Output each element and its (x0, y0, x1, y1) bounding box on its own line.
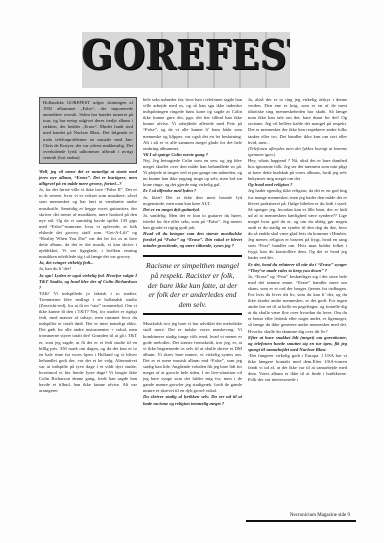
answer: Ja, altså der er to ting jeg virkelig af… (248, 97, 347, 146)
question: Efter at have snakket lidt (meget) om go… (248, 335, 347, 353)
question: Hvad vil du betegne som den største musi… (143, 231, 242, 249)
intro-box: Hollandske GOREFEST udgav slutningen af … (39, 97, 137, 164)
column-1: Hollandske GOREFEST udgav slutningen af … (39, 97, 137, 394)
question: Ja sgu! Lyden er også virkelig fed. Hvor… (39, 273, 137, 291)
answer: -Det fungerer virkelig godt i Europa. I … (248, 353, 347, 383)
answer: Jeg hader egentlig ikke religion, da det… (248, 188, 347, 261)
answer: Ja, sandelig. Men det er kun to guitarer… (143, 213, 242, 231)
answer: Hey, whats happend ? Nå, altså det er ba… (248, 158, 347, 182)
band-logo: GOREFEST (82, 32, 290, 88)
answer: Ja, klart! Det er ikke den mest brutale … (143, 195, 242, 207)
magazine-page: GOREFEST Hollandske GOREFEST udgav slutn… (0, 0, 384, 543)
answer: Ja, for det første ville vi ikke lave “F… (39, 187, 137, 260)
page-footer: Necronicium Magazine side 9 (246, 520, 356, 522)
footer-text: Necronicium Magazine side 9 (246, 513, 356, 518)
question: Er det, hvad du relaterer til når du i “… (248, 262, 347, 274)
question: Well, jeg vil mene det er naturligt at s… (39, 169, 137, 187)
answer: hele seks måneder før, hvor han i telefo… (143, 97, 242, 152)
answer: Nej. Jeg betragtede Colin som en ven, og… (143, 158, 242, 188)
editor-note: (Telefonen afbrydes men det lykkes hurti… (248, 146, 347, 158)
column-2: hele seks måneder før, hvor han i telefo… (143, 97, 242, 407)
answer: TAK! Vi indspillede jo faktisk i to stud… (39, 291, 137, 395)
answer: Ja, “Erase” og “Fear” beskæftiger sig i … (248, 274, 347, 335)
column-3: Ja, altså der er to ting jeg virkelig af… (248, 97, 347, 383)
pull-quote: Racisme er simpelthen mangel på respekt.… (143, 255, 242, 315)
answer: Musikalsk tror jeg bare vi har udviklet … (143, 321, 242, 394)
question: Du skriver stadig al lyrikken selv. Du s… (143, 394, 242, 406)
logo-text: GOREFEST (82, 32, 290, 79)
